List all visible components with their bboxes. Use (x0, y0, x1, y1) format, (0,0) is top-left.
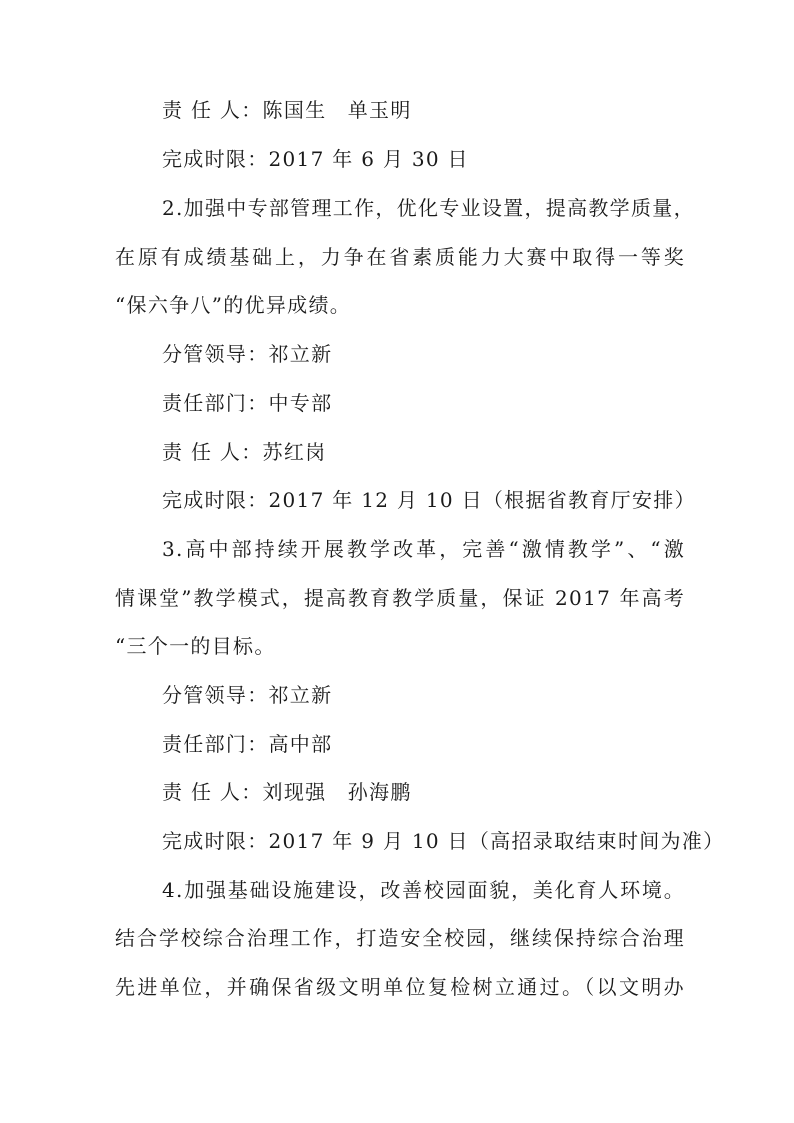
supervising-leader-line: 分管领导：祁立新 (162, 342, 732, 366)
responsible-person-line: 责 任 人：陈国生 单玉明 (162, 98, 732, 122)
item-4-paragraph-line-2: 结合学校综合治理工作，打造安全校园，继续保持综合治理 (115, 926, 685, 950)
deadline-line: 完成时限：2017 年 12 月 10 日（根据省教育厅安排） (162, 488, 685, 512)
responsible-department-line: 责任部门：中专部 (162, 391, 732, 415)
item-4-paragraph-line-3: 先进单位，并确保省级文明单位复检树立通过。（以文明办 (115, 975, 685, 999)
item-2-paragraph-line-2: 在原有成绩基础上，力争在省素质能力大赛中取得一等奖 (115, 245, 685, 269)
item-2-paragraph-line-3: “保六争八”的优异成绩。 (115, 293, 685, 317)
responsible-person-line: 责 任 人：刘现强 孙海鹏 (162, 780, 732, 804)
document-page: 责 任 人：陈国生 单玉明 完成时限：2017 年 6 月 30 日 2.加强中… (0, 0, 794, 1123)
item-2-paragraph-line-1: 2.加强中专部管理工作，优化专业设置，提高教学质量， (162, 196, 685, 220)
responsible-person-line: 责 任 人：苏红岗 (162, 440, 732, 464)
deadline-line: 完成时限：2017 年 6 月 30 日 (162, 147, 732, 171)
responsible-department-line: 责任部门：高中部 (162, 732, 732, 756)
item-3-paragraph-line-2: 情课堂”教学模式，提高教育教学质量，保证 2017 年高考 (115, 586, 685, 610)
item-3-paragraph-line-3: “三个一的目标。 (115, 634, 685, 658)
supervising-leader-line: 分管领导：祁立新 (162, 683, 732, 707)
deadline-line: 完成时限：2017 年 9 月 10 日（高招录取结束时间为准） (162, 829, 685, 853)
item-3-paragraph-line-1: 3.高中部持续开展教学改革，完善“激情教学”、“激 (162, 537, 685, 561)
item-4-paragraph-line-1: 4.加强基础设施建设，改善校园面貌，美化育人环境。 (162, 878, 685, 902)
